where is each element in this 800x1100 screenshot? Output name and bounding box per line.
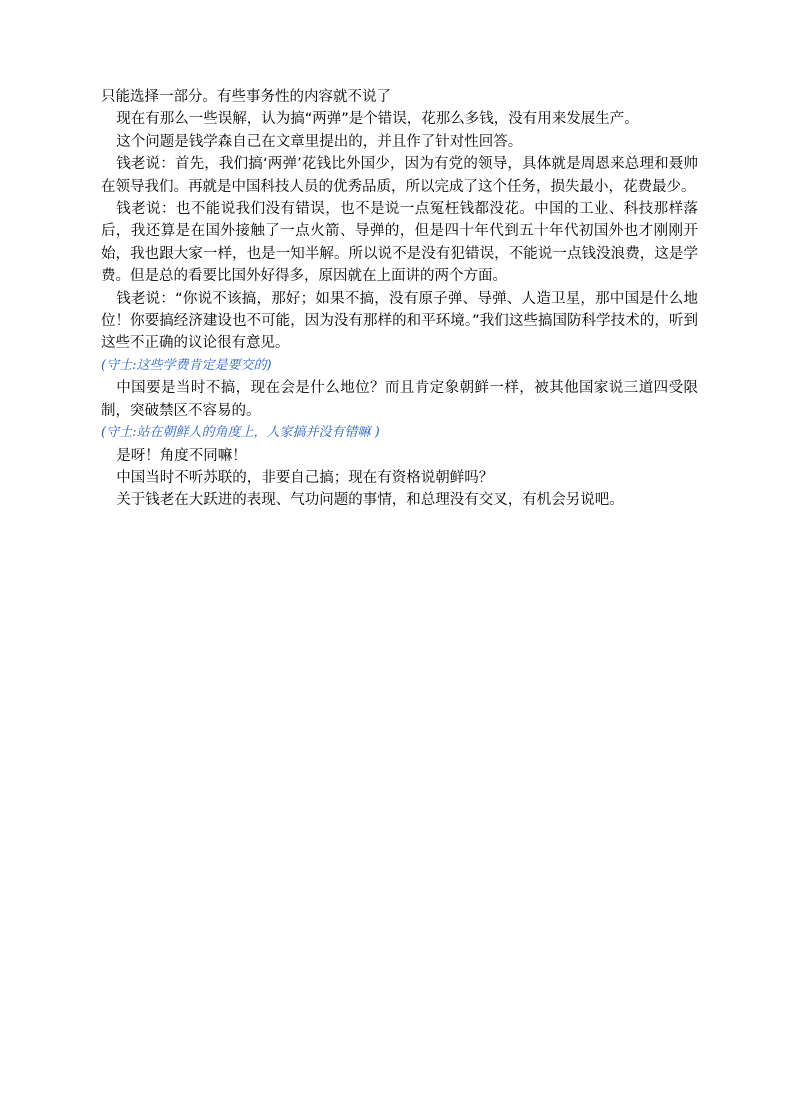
annotation-tuition: (守土:这些学费肯定是要交的) (101, 355, 698, 377)
document-page: 只能选择一部分。有些事务性的内容就不说了 现在有那么一些误解，认为搞“两弹”是个… (101, 86, 698, 512)
paragraph-closing: 关于钱老在大跃进的表现、气功问题的事情，和总理没有交叉，有机会另说吧。 (101, 489, 698, 511)
paragraph-question-origin: 这个问题是钱学森自己在文章里提出的，并且作了针对性回答。 (101, 131, 698, 153)
annotation-korea-perspective: (守土:站在朝鲜人的角度上，人家搞并没有错嘛 ) (101, 422, 698, 444)
paragraph-soviet-independence: 中国当时不听苏联的，非要自己搞；现在有资格说朝鲜吗？ (101, 467, 698, 489)
paragraph-intro: 只能选择一部分。有些事务性的内容就不说了 (101, 86, 698, 108)
paragraph-misunderstanding: 现在有那么一些误解，认为搞“两弹”是个错误，花那么多钱，没有用来发展生产。 (101, 108, 698, 130)
paragraph-qian-quote: 钱老说：“你说不该搞，那好；如果不搞，没有原子弹、导弹、人造卫星，那中国是什么地… (101, 288, 698, 355)
paragraph-qian-mistakes: 钱老说：也不能说我们没有错误，也不是说一点冤枉钱都没花。中国的工业、科技那样落后… (101, 198, 698, 288)
paragraph-different-angle: 是呀！角度不同嘛！ (101, 445, 698, 467)
paragraph-qian-first-point: 钱老说：首先，我们搞‘两弹’花钱比外国少，因为有党的领导，具体就是周恩来总理和聂… (101, 153, 698, 198)
paragraph-china-position: 中国要是当时不搞，现在会是什么地位？而且肯定象朝鲜一样，被其他国家说三道四受限制… (101, 377, 698, 422)
